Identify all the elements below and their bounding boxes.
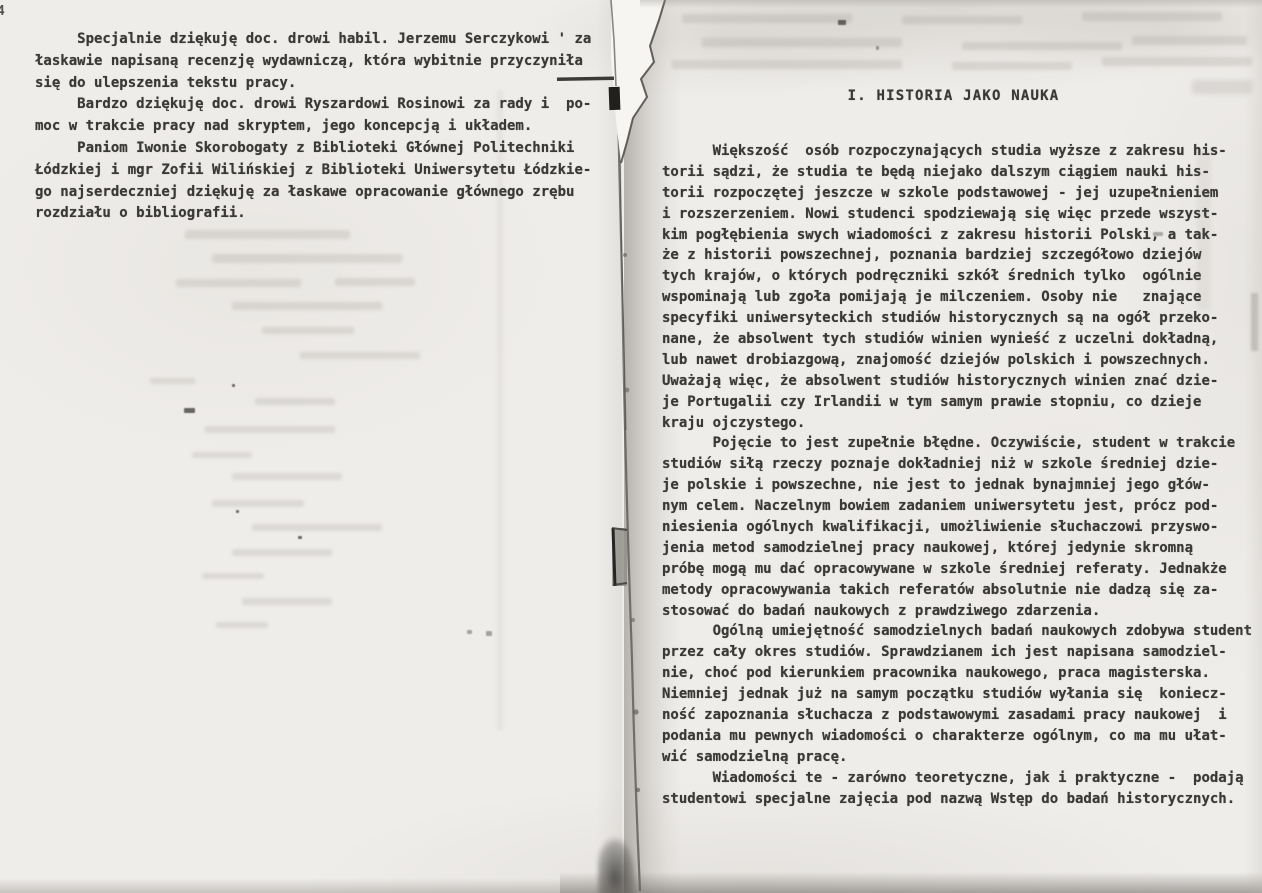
text-line: stosować do badań naukowych z prawdziweg…	[662, 601, 1252, 622]
speck	[232, 384, 235, 387]
ghost-text-smudge	[962, 42, 1122, 50]
text-line: niesienia ogólnych kwalifikacji, umożliw…	[662, 517, 1252, 538]
speck	[298, 536, 302, 539]
speck	[486, 631, 492, 636]
text-line: nym celem. Naczelnym bowiem zadaniem uni…	[662, 496, 1252, 517]
right-edge-mark	[1251, 293, 1258, 351]
scan-edge-bottom-left	[0, 878, 560, 893]
text-line: i rozszerzeniem. Nowi studenci spodziewa…	[662, 204, 1252, 225]
text-line: Specjalnie dziękuję doc. drowi habil. Je…	[35, 29, 591, 51]
ghost-text-smudge	[242, 598, 332, 605]
text-line: lub nawet drobiazgową, znajomość dziejów…	[662, 350, 1252, 371]
ghost-text-smudge	[952, 62, 1072, 70]
text-line: kraju ojczystego.	[662, 413, 1252, 434]
scan-edge-right	[1244, 0, 1262, 893]
text-line: tych krajów, o których podręczniki szkół…	[662, 266, 1252, 287]
right-page: I. HISTORIA JAKO NAUKA Większość osób ro…	[662, 0, 1262, 893]
text-line: łaskawie napisaną recenzję wydawniczą, k…	[35, 51, 591, 73]
ghost-text-smudge	[216, 622, 268, 628]
speck	[467, 630, 472, 634]
text-line: Paniom Iwonie Skorobogaty z Biblioteki G…	[35, 138, 591, 160]
ghost-text-smudge	[150, 378, 195, 384]
ghost-text-smudge	[262, 327, 354, 334]
text-line: Pojęcie to jest zupełnie błędne. Oczywiś…	[662, 433, 1252, 454]
ghost-text-smudge	[192, 452, 252, 458]
scan-edge-bottom-right	[560, 872, 1262, 893]
ghost-text-smudge	[335, 278, 415, 286]
chapter-title: I. HISTORIA JAKO NAUKA	[662, 88, 1245, 104]
ghost-text-smudge	[1132, 36, 1247, 45]
ghost-text-smudge	[176, 279, 301, 287]
text-line: ność zapoznania słuchacza z podstawowymi…	[662, 705, 1252, 726]
text-line: nie, choć pod kierunkiem pracownika nauk…	[662, 663, 1252, 684]
text-line: studentowi specjalne zajęcia pod nazwą W…	[662, 789, 1252, 810]
text-line: podania mu pewnych wiadomości o charakte…	[662, 726, 1252, 747]
ghost-text-smudge	[1102, 57, 1252, 66]
speck	[236, 510, 239, 513]
ghost-text-smudge	[1192, 80, 1252, 94]
ghost-text-smudge	[702, 38, 902, 47]
text-line: Wiadomości te - zarówno teoretyczne, jak…	[662, 768, 1252, 789]
text-line: go najserdeczniej dziękuję za łaskawe op…	[35, 182, 591, 204]
text-line: Uważają więc, że absolwent studiów histo…	[662, 371, 1252, 392]
ghost-text-smudge	[205, 426, 335, 433]
text-line: jenia metod samodzielnej pracy naukowej,…	[662, 538, 1252, 559]
ghost-text-smudge	[252, 524, 382, 531]
text-line: wić samodzielną pracę.	[662, 747, 1252, 768]
page-crease	[498, 90, 502, 730]
ghost-text-smudge	[902, 16, 1022, 24]
text-line: specyfiki uniwersyteckich studiów histor…	[662, 308, 1252, 329]
ghost-text-smudge	[232, 473, 342, 480]
speck	[876, 46, 879, 50]
ghost-text-smudge	[202, 573, 264, 579]
text-line: Większość osób rozpoczynających studia w…	[662, 141, 1252, 162]
ghost-text-smudge	[682, 14, 852, 23]
ghost-text-smudge	[672, 60, 902, 69]
text-line: torii sądzi, że studia te będą niejako d…	[662, 162, 1252, 183]
acknowledgements-text: Specjalnie dziękuję doc. drowi habil. Je…	[35, 29, 591, 225]
text-line: je Portugalii czy Irlandii w tym samym p…	[662, 392, 1252, 413]
ghost-text-smudge	[1082, 12, 1222, 21]
ghost-text-smudge	[232, 549, 332, 556]
text-line: torii rozpoczętej jeszcze w szkole podst…	[662, 183, 1252, 204]
text-line: rozdziału o bibliografii.	[35, 203, 591, 225]
text-line: przez cały okres studiów. Sprawdzianem i…	[662, 642, 1252, 663]
ink-mark	[838, 20, 846, 25]
ghost-text-smudge	[300, 352, 420, 359]
ghost-text-smudge	[232, 302, 382, 310]
chapter-body-text: Większość osób rozpoczynających studia w…	[662, 141, 1252, 810]
text-line: je polskie i powszechne, nie jest to jed…	[662, 475, 1252, 496]
left-page: 4 Specjalnie dziękuję doc. drowi habil. …	[0, 0, 600, 893]
text-line: moc w trakcie pracy nad skryptem, jego k…	[35, 116, 591, 138]
text-line: Łódzkiej i mgr Zofii Wilińskiej z Biblio…	[35, 160, 591, 182]
text-line: Ogólną umiejętność samodzielnych badań n…	[662, 621, 1252, 642]
text-line: że z historii powszechnej, poznania bard…	[662, 245, 1252, 266]
text-line: Bardzo dziękuję doc. drowi Ryszardowi Ro…	[35, 94, 591, 116]
text-line: nane, że absolwent tych studiów winien w…	[662, 329, 1252, 350]
ghost-text-smudge	[255, 398, 335, 405]
text-line: się do ulepszenia tekstu pracy.	[35, 73, 591, 95]
speck	[1153, 232, 1163, 236]
ghost-text-smudge	[212, 254, 402, 263]
text-line: kim pogłębienia swych wiadomości z zakre…	[662, 225, 1252, 246]
ghost-text-smudge	[212, 500, 304, 507]
text-line: metody opracowywania takich referatów ab…	[662, 580, 1252, 601]
scan-edge-top	[640, 0, 1262, 8]
text-line: studiów siłą rzeczy poznaje dokładniej n…	[662, 454, 1252, 475]
text-line: próbę mogą mu dać opracowywane w szkole …	[662, 559, 1252, 580]
page-number: 4	[0, 4, 5, 19]
pencil-mark	[184, 408, 195, 413]
ghost-streak	[1197, 150, 1211, 310]
text-line: wspominają lub zgoła pomijają je milczen…	[662, 287, 1252, 308]
ghost-text-smudge	[185, 230, 350, 239]
text-line: Niemniej jednak już na samym początku st…	[662, 684, 1252, 705]
